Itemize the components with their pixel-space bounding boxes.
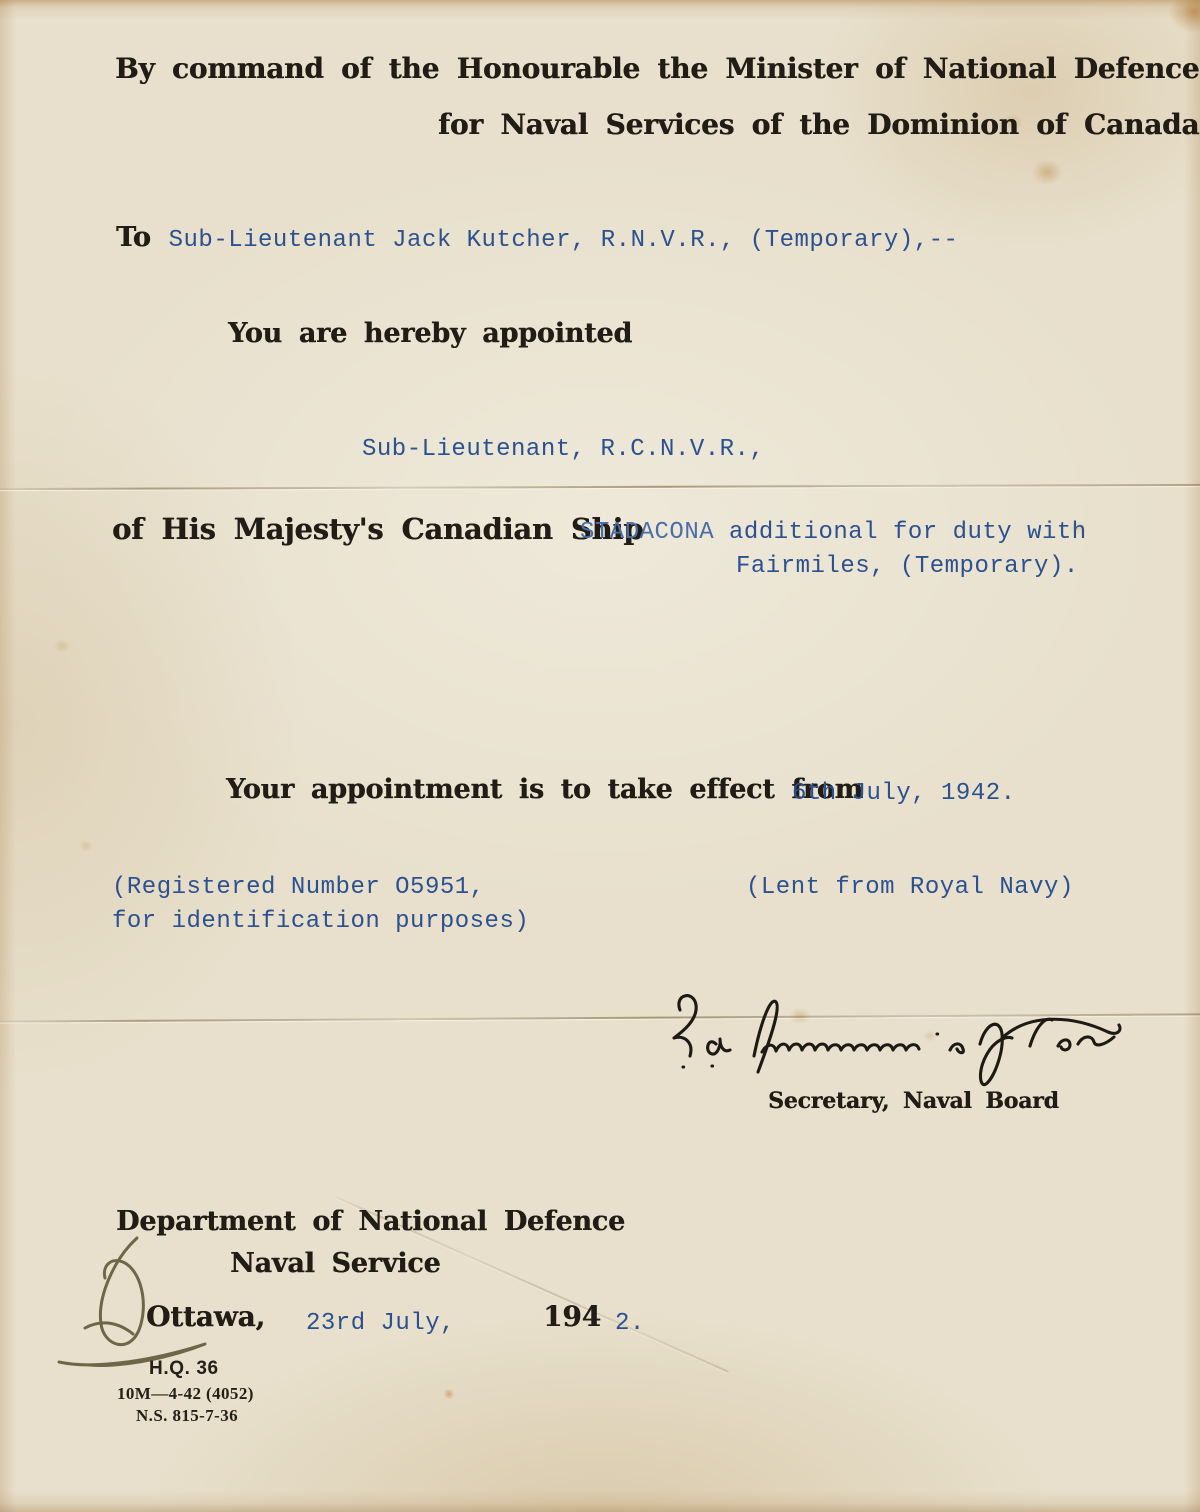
registration-line-1: (Registered Number O5951, bbox=[112, 874, 485, 901]
effective-date-label: Your appointment is to take effect from bbox=[226, 774, 863, 805]
print-code: 10M—4-42 (4052) bbox=[117, 1384, 254, 1404]
signature-title: Secretary, Naval Board bbox=[768, 1088, 1059, 1114]
appointment-heading: You are hereby appointed bbox=[228, 318, 632, 349]
addressee-label: To bbox=[116, 222, 151, 253]
signature-scrawl bbox=[650, 988, 1130, 1092]
ship-note-line-2: Fairmiles, (Temporary). bbox=[736, 553, 1079, 580]
file-code: N.S. 815-7-36 bbox=[136, 1406, 238, 1426]
lent-note: (Lent from Royal Navy) bbox=[746, 874, 1074, 901]
form-number: H.Q. 36 bbox=[149, 1358, 219, 1380]
header-line-2: for Naval Services of the Dominion of Ca… bbox=[438, 108, 1199, 141]
ship-assignment-line-1: STADACONA additional for duty with bbox=[580, 519, 1087, 546]
ship-label: of His Majesty's Canadian Ship bbox=[112, 512, 643, 546]
year-printed: 194 bbox=[543, 1300, 601, 1333]
fold-crease-upper bbox=[0, 484, 1200, 490]
registration-line-2: for identification purposes) bbox=[112, 908, 529, 935]
ship-name: STADACONA bbox=[580, 519, 714, 546]
effective-date-value: 6th July, 1942. bbox=[792, 780, 1016, 807]
ship-note-line-1: additional for duty with bbox=[729, 519, 1087, 546]
year-typed: 2. bbox=[615, 1310, 645, 1337]
appointment-rank: Sub-Lieutenant, R.C.N.V.R., bbox=[362, 436, 764, 463]
appointment-letter-page: By command of the Honourable the Ministe… bbox=[0, 0, 1200, 1512]
date-typed: 23rd July, bbox=[306, 1310, 455, 1337]
city-label: Ottawa, bbox=[146, 1300, 265, 1333]
addressee-name: Sub-Lieutenant Jack Kutcher, R.N.V.R., (… bbox=[169, 227, 959, 254]
signature-ink-icon bbox=[650, 988, 1130, 1092]
addressee-line: To Sub-Lieutenant Jack Kutcher, R.N.V.R.… bbox=[116, 222, 958, 254]
header-line-1: By command of the Honourable the Ministe… bbox=[115, 52, 1199, 85]
